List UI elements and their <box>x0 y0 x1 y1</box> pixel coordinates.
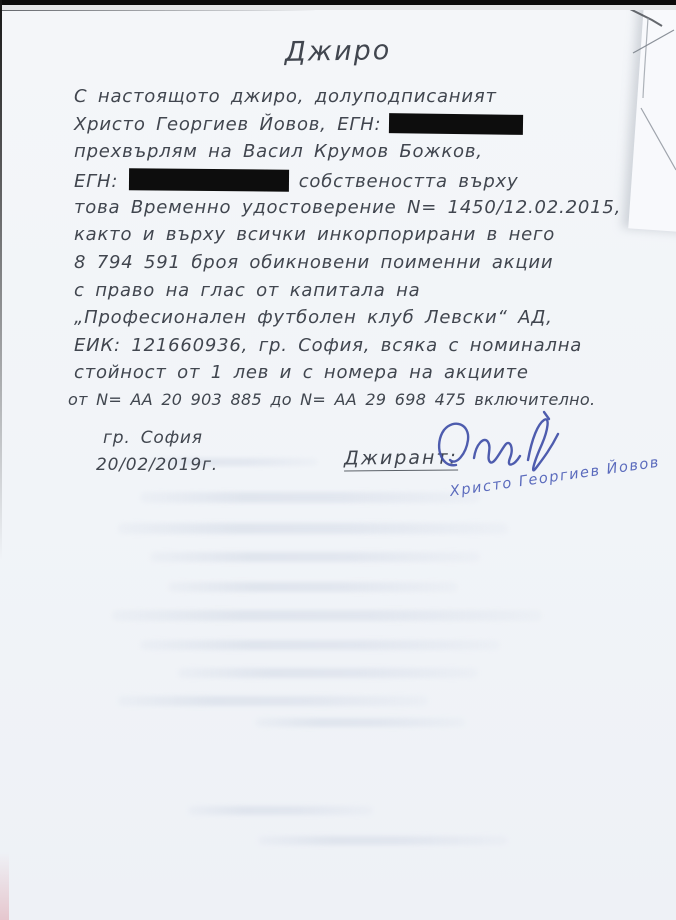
bleedthrough-smudge <box>255 718 465 727</box>
scan-band-top <box>0 5 676 10</box>
bleedthrough-smudge <box>168 582 458 592</box>
scan-border-left <box>0 0 2 560</box>
handwritten-line: ЕИК: 121660936, гр. София, всяка с номин… <box>74 335 582 356</box>
bleedthrough-smudge <box>118 696 428 706</box>
handwritten-line-text: Христо Георгиев Йовов, ЕГН: <box>74 114 381 135</box>
bleedthrough-smudge <box>150 552 480 562</box>
handwritten-line: с право на глас от капитала на <box>74 280 420 301</box>
place-line: гр. София <box>103 428 203 448</box>
handwritten-line: това Временно удостоверение N= 1450/12.0… <box>74 197 621 218</box>
handwritten-line-text: собствеността върху <box>299 171 519 192</box>
scan-corner-bottom-left <box>0 852 9 920</box>
handwritten-line: „Професионален футболен клуб Левски“ АД, <box>74 307 553 328</box>
bleedthrough-smudge <box>258 836 508 845</box>
handwritten-line: ЕГН: собствеността върху <box>74 169 518 192</box>
date-line: 20/02/2019г. <box>96 455 218 475</box>
handwritten-line: С настоящото джиро, долуподписаният <box>74 86 497 107</box>
bleedthrough-smudge <box>112 610 542 621</box>
handwritten-line: Христо Георгиев Йовов, ЕГН: <box>74 114 523 135</box>
handwritten-line: от N= АА 20 903 885 до N= АА 29 698 475 … <box>68 390 595 409</box>
redaction-box-egn-1 <box>389 113 523 135</box>
scanned-document-page: Джиро С настоящото джиро, долуподписания… <box>0 0 676 920</box>
bleedthrough-smudge <box>118 523 508 534</box>
bleedthrough-smudge <box>140 640 500 650</box>
handwritten-line: 8 794 591 броя обикновени поименни акции <box>74 252 553 273</box>
bleedthrough-smudge <box>178 668 478 678</box>
redaction-box-egn-2 <box>129 168 289 191</box>
handwritten-line: прехвърлям на Васил Крумов Божков, <box>74 141 483 162</box>
handwritten-line: както и върху всички инкорпорирани в нег… <box>74 224 555 245</box>
handwritten-line-text: ЕГН: <box>74 171 118 192</box>
bleedthrough-smudge <box>188 806 373 815</box>
handwritten-line: стойност от 1 лев и с номера на акциите <box>74 362 529 383</box>
